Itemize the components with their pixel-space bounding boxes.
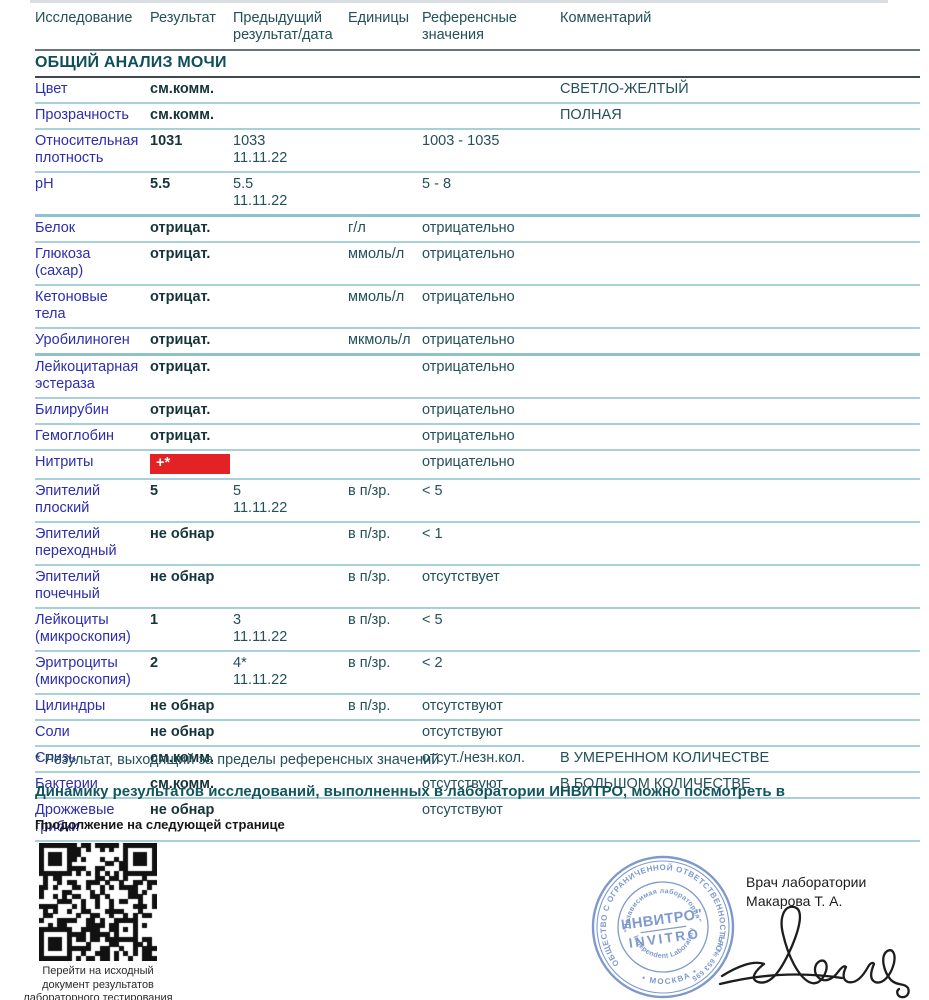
- cell-comment: В УМЕРЕННОМ КОЛИЧЕСТВЕ: [560, 750, 920, 767]
- cell-reference: [422, 107, 560, 124]
- cell-result: +*: [150, 454, 233, 474]
- cell-units: [348, 802, 422, 836]
- cell-comment: [560, 698, 920, 715]
- col-header-result: Результат: [150, 10, 233, 44]
- cell-comment: [560, 526, 920, 560]
- table-body: Цветсм.комм.СВЕТЛО-ЖЕЛТЫЙПрозрачностьсм.…: [35, 78, 920, 842]
- cell-reference: < 2: [422, 655, 560, 689]
- cell-previous-result: [233, 428, 348, 445]
- cell-result: см.комм.: [150, 107, 233, 124]
- section-title: ОБЩИЙ АНАЛИЗ МОЧИ: [35, 51, 920, 78]
- table-row: Кетоновые телаотрицат.ммоль/лотрицательн…: [35, 286, 920, 329]
- cell-study-name: Цилиндры: [35, 698, 150, 715]
- cell-reference: отрицательно: [422, 289, 560, 323]
- cell-previous-result: 1033 11.11.22: [233, 133, 348, 167]
- col-header-previous: Предыдущий результат/дата: [233, 10, 348, 44]
- cell-reference: 1003 - 1035: [422, 133, 560, 167]
- cell-units: ммоль/л: [348, 289, 422, 323]
- cell-study-name: Соли: [35, 724, 150, 741]
- cell-previous-result: [233, 289, 348, 323]
- table-header: Исследование Результат Предыдущий резуль…: [35, 8, 920, 51]
- cell-previous-result: 4* 11.11.22: [233, 655, 348, 689]
- cell-result: отрицат.: [150, 220, 233, 237]
- col-header-reference: Референсные значения: [422, 10, 560, 44]
- cell-previous-result: [233, 246, 348, 280]
- cell-study-name: Относительная плотность: [35, 133, 150, 167]
- cell-comment: [560, 612, 920, 646]
- cell-units: в п/зр.: [348, 655, 422, 689]
- cell-reference: 5 - 8: [422, 176, 560, 210]
- qr-block: Перейти на исходный документ результатов…: [12, 843, 184, 1000]
- cell-comment: [560, 569, 920, 603]
- cell-study-name: Уробилиноген: [35, 332, 150, 349]
- cell-units: [348, 724, 422, 741]
- cell-study-name: Эпителий почечный: [35, 569, 150, 603]
- cell-study-name: Эпителий переходный: [35, 526, 150, 560]
- cell-previous-result: 5.5 11.11.22: [233, 176, 348, 210]
- cell-reference: отрицательно: [422, 428, 560, 445]
- cell-units: [348, 176, 422, 210]
- dynamics-note: Динамику результатов исследований, выпол…: [35, 783, 785, 800]
- cell-units: [348, 428, 422, 445]
- cell-units: [348, 81, 422, 98]
- cell-previous-result: [233, 220, 348, 237]
- table-row: Лейкоциты (микроскопия)13 11.11.22в п/зр…: [35, 609, 920, 652]
- table-row: Уробилиногенотрицат.мкмоль/лотрицательно: [35, 329, 920, 356]
- cell-comment: [560, 133, 920, 167]
- cell-result: отрицат.: [150, 359, 233, 393]
- table-row: Глюкоза (сахар)отрицат.ммоль/лотрицатель…: [35, 243, 920, 286]
- cell-comment: [560, 402, 920, 419]
- cell-comment: [560, 332, 920, 349]
- cell-comment: [560, 428, 920, 445]
- cell-result: 5: [150, 483, 233, 517]
- cell-study-name: Лейкоцитарная эстераза: [35, 359, 150, 393]
- cell-comment: [560, 359, 920, 393]
- cell-study-name: Прозрачность: [35, 107, 150, 124]
- cell-comment: СВЕТЛО-ЖЕЛТЫЙ: [560, 81, 920, 98]
- cell-reference: отрицательно: [422, 332, 560, 349]
- cell-result: отрицат.: [150, 332, 233, 349]
- doctor-signature: [716, 896, 924, 1000]
- cell-result: отрицат.: [150, 246, 233, 280]
- table-row: Эпителий плоский55 11.11.22в п/зр.< 5: [35, 480, 920, 523]
- cell-previous-result: 5 11.11.22: [233, 483, 348, 517]
- table-row: Солине обнаротсутствуют: [35, 721, 920, 747]
- cell-previous-result: 3 11.11.22: [233, 612, 348, 646]
- cell-reference: < 1: [422, 526, 560, 560]
- cell-study-name: Нитриты: [35, 454, 150, 474]
- cell-units: ммоль/л: [348, 246, 422, 280]
- cell-comment: [560, 802, 920, 836]
- lab-report-page: Исследование Результат Предыдущий резуль…: [0, 0, 929, 1000]
- cell-result: не обнар: [150, 724, 233, 741]
- cell-study-name: Белок: [35, 220, 150, 237]
- cell-result: не обнар: [150, 569, 233, 603]
- cell-comment: [560, 289, 920, 323]
- table-row: Гемоглобинотрицат.отрицательно: [35, 425, 920, 451]
- cell-comment: [560, 655, 920, 689]
- table-row: Билирубинотрицат.отрицательно: [35, 399, 920, 425]
- cell-units: в п/зр.: [348, 612, 422, 646]
- cell-reference: отсутствуют: [422, 724, 560, 741]
- cell-units: мкмоль/л: [348, 332, 422, 349]
- cell-units: [348, 133, 422, 167]
- cell-comment: ПОЛНАЯ: [560, 107, 920, 124]
- table-row: Лейкоцитарная эстеразаотрицат.отрицатель…: [35, 356, 920, 399]
- cell-reference: отсутствуют: [422, 698, 560, 715]
- table-row: Цветсм.комм.СВЕТЛО-ЖЕЛТЫЙ: [35, 78, 920, 104]
- table-row: Нитриты+*отрицательно: [35, 451, 920, 480]
- cell-result: 1031: [150, 133, 233, 167]
- col-header-comment: Комментарий: [560, 10, 920, 44]
- cell-units: в п/зр.: [348, 483, 422, 517]
- cell-comment: [560, 454, 920, 474]
- cell-study-name: Гемоглобин: [35, 428, 150, 445]
- cell-result: не обнар: [150, 526, 233, 560]
- cell-reference: отрицательно: [422, 246, 560, 280]
- qr-code: [39, 843, 157, 961]
- table-row: Прозрачностьсм.комм.ПОЛНАЯ: [35, 104, 920, 130]
- cell-comment: [560, 176, 920, 210]
- cell-reference: отрицательно: [422, 220, 560, 237]
- cell-reference: отсутствуют: [422, 802, 560, 836]
- cell-study-name: Эритроциты (микроскопия): [35, 655, 150, 689]
- table-row: Эпителий почечныйне обнарв п/зр.отсутств…: [35, 566, 920, 609]
- cell-previous-result: [233, 81, 348, 98]
- reference-footnote: * Результат, выходящий за пределы рефере…: [35, 752, 439, 768]
- cell-units: в п/зр.: [348, 569, 422, 603]
- cell-result: отрицат.: [150, 402, 233, 419]
- cell-reference: отсут./незн.кол.: [422, 750, 560, 767]
- cell-result: 1: [150, 612, 233, 646]
- cell-previous-result: [233, 724, 348, 741]
- table-row: Белокотрицат.г/лотрицательно: [35, 217, 920, 243]
- col-header-units: Единицы: [348, 10, 422, 44]
- cell-reference: < 5: [422, 483, 560, 517]
- cell-study-name: Лейкоциты (микроскопия): [35, 612, 150, 646]
- cell-units: [348, 359, 422, 393]
- cell-previous-result: [233, 402, 348, 419]
- cell-units: в п/зр.: [348, 698, 422, 715]
- col-header-study: Исследование: [35, 10, 150, 44]
- cell-result: не обнар: [150, 698, 233, 715]
- cell-reference: < 5: [422, 612, 560, 646]
- cell-previous-result: [233, 526, 348, 560]
- cell-reference: отсутствует: [422, 569, 560, 603]
- cell-previous-result: [233, 698, 348, 715]
- cell-previous-result: [233, 359, 348, 393]
- cell-previous-result: [233, 454, 348, 474]
- cell-reference: отрицательно: [422, 454, 560, 474]
- cell-previous-result: [233, 107, 348, 124]
- cell-comment: [560, 246, 920, 280]
- results-table: Исследование Результат Предыдущий резуль…: [35, 8, 920, 842]
- cell-result: отрицат.: [150, 428, 233, 445]
- cell-result: 5.5: [150, 176, 233, 210]
- cell-units: [348, 454, 422, 474]
- cell-result: 2: [150, 655, 233, 689]
- qr-caption: Перейти на исходный документ результатов…: [12, 965, 184, 1000]
- top-divider: [30, 0, 888, 3]
- cell-study-name: Эпителий плоский: [35, 483, 150, 517]
- cell-previous-result: [233, 569, 348, 603]
- cell-comment: [560, 483, 920, 517]
- cell-study-name: Цвет: [35, 81, 150, 98]
- cell-units: [348, 107, 422, 124]
- table-row: Эпителий переходныйне обнарв п/зр.< 1: [35, 523, 920, 566]
- cell-study-name: pH: [35, 176, 150, 210]
- cell-study-name: Билирубин: [35, 402, 150, 419]
- abnormal-result-highlight: +*: [150, 454, 230, 474]
- cell-previous-result: [233, 332, 348, 349]
- cell-reference: [422, 81, 560, 98]
- continuation-note: Продолжение на следующей странице: [35, 817, 285, 832]
- table-row: Цилиндрыне обнарв п/зр.отсутствуют: [35, 695, 920, 721]
- cell-units: [348, 402, 422, 419]
- table-row: pH5.55.5 11.11.225 - 8: [35, 173, 920, 217]
- cell-reference: отрицательно: [422, 359, 560, 393]
- cell-study-name: Кетоновые тела: [35, 289, 150, 323]
- cell-result: см.комм.: [150, 81, 233, 98]
- table-row: Эритроциты (микроскопия)24* 11.11.22в п/…: [35, 652, 920, 695]
- cell-comment: [560, 220, 920, 237]
- cell-study-name: Глюкоза (сахар): [35, 246, 150, 280]
- cell-units: в п/зр.: [348, 526, 422, 560]
- table-row: Относительная плотность10311033 11.11.22…: [35, 130, 920, 173]
- doctor-title: Врач лаборатории: [746, 873, 866, 892]
- cell-reference: отрицательно: [422, 402, 560, 419]
- cell-units: г/л: [348, 220, 422, 237]
- cell-comment: [560, 724, 920, 741]
- cell-result: отрицат.: [150, 289, 233, 323]
